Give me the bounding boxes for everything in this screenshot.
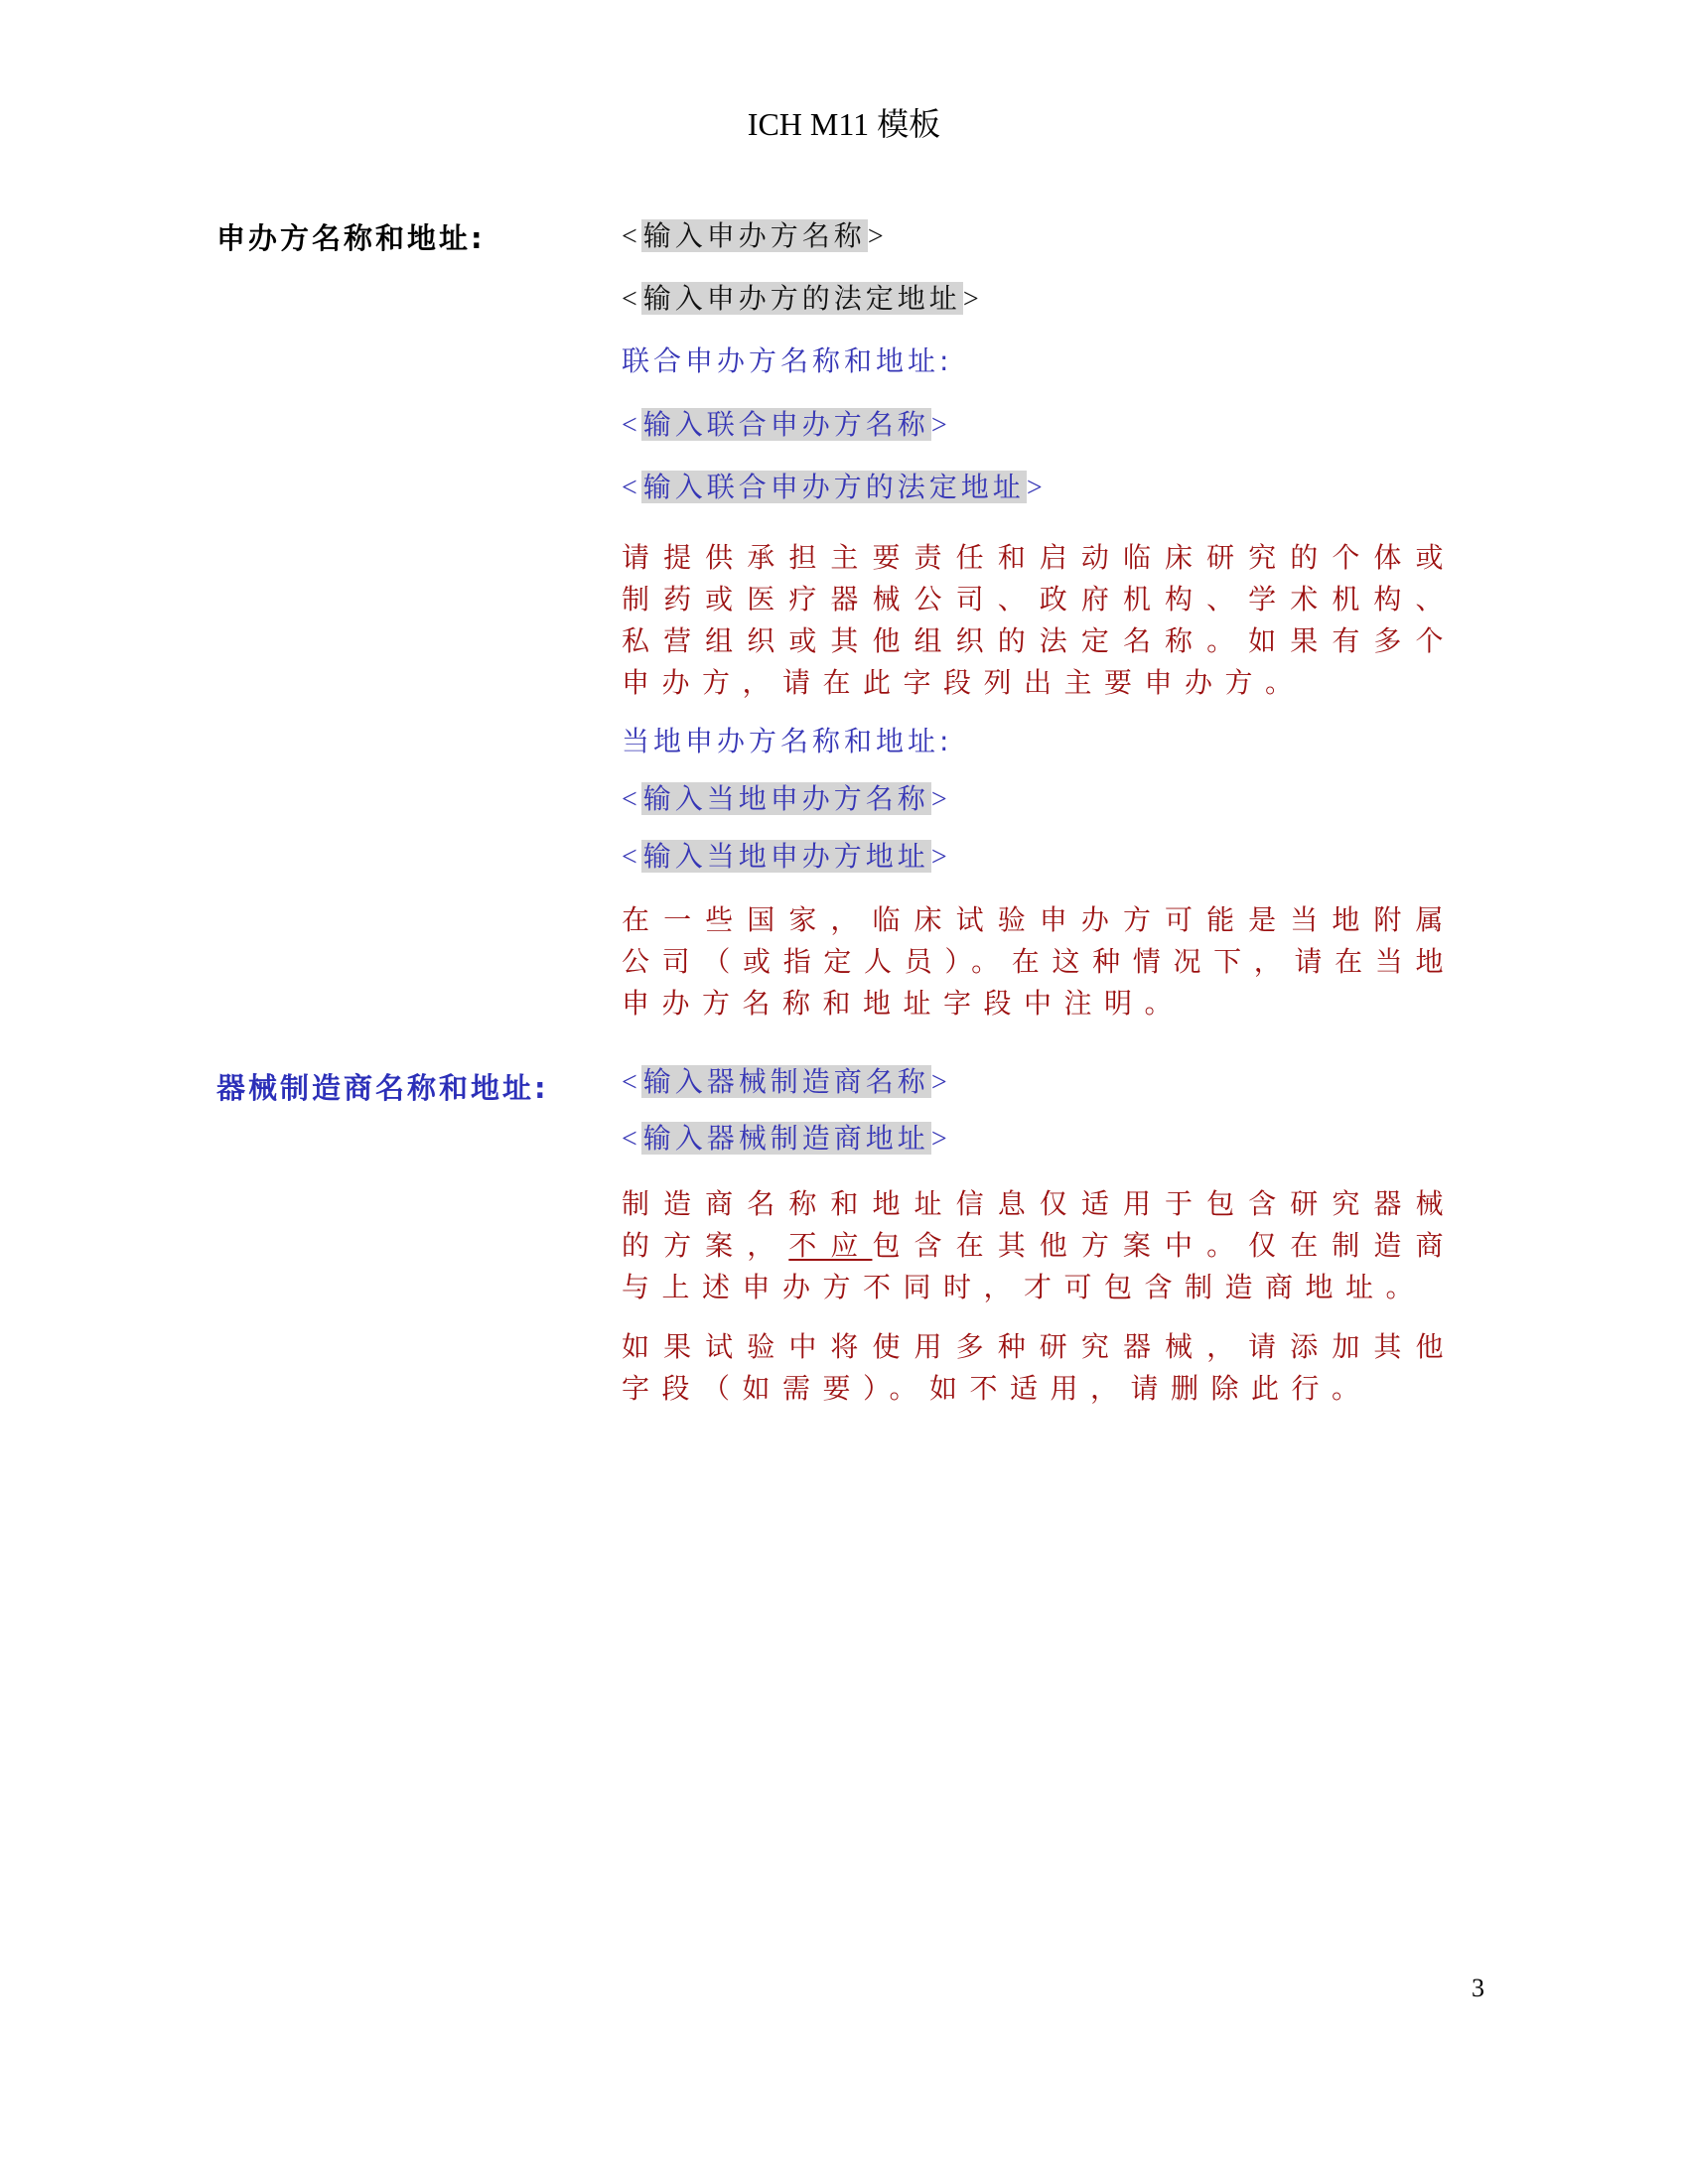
open-bracket: <	[622, 473, 641, 503]
open-bracket: <	[622, 842, 641, 873]
co-sponsor-address-field[interactable]: <输入联合申办方的法定地址>	[622, 465, 1047, 510]
open-bracket: <	[622, 1067, 641, 1098]
local-sponsor-label: 当地申办方名称和地址:	[622, 719, 952, 764]
close-bracket: >	[931, 784, 951, 815]
sponsor-address-placeholder[interactable]: 输入申办方的法定地址	[641, 282, 963, 315]
open-bracket: <	[622, 284, 641, 315]
co-sponsor-address-placeholder[interactable]: 输入联合申办方的法定地址	[641, 471, 1027, 503]
sponsor-name-placeholder[interactable]: 输入申办方名称	[641, 219, 868, 252]
close-bracket: >	[931, 1124, 951, 1155]
local-sponsor-name-field[interactable]: <输入当地申办方名称>	[622, 776, 951, 822]
local-sponsor-address-field[interactable]: <输入当地申办方地址>	[622, 834, 951, 880]
page-number: 3	[1472, 1974, 1484, 2003]
local-sponsor-address-placeholder[interactable]: 输入当地申办方地址	[641, 840, 931, 873]
close-bracket: >	[931, 410, 951, 441]
local-sponsor-name-placeholder[interactable]: 输入当地申办方名称	[641, 782, 931, 815]
manufacturer-address-field[interactable]: <输入器械制造商地址>	[622, 1116, 951, 1161]
sponsor-instruction: 请提供承担主要责任和启动临床研究的个体或制药或医疗器械公司、政府机构、学术机构、…	[622, 537, 1456, 704]
local-sponsor-instruction: 在一些国家，临床试验申办方可能是当地附属公司（或指定人员）。在这种情况下，请在当…	[622, 899, 1456, 1024]
close-bracket: >	[931, 842, 951, 873]
close-bracket: >	[931, 1067, 951, 1098]
manufacturer-instruction: 制造商名称和地址信息仅适用于包含研究器械的方案，不应包含在其他方案中。仅在制造商…	[622, 1183, 1456, 1308]
open-bracket: <	[622, 221, 641, 252]
close-bracket: >	[963, 284, 983, 315]
open-bracket: <	[622, 410, 641, 441]
manufacturer-name-field[interactable]: <输入器械制造商名称>	[622, 1059, 951, 1105]
manufacturer-instruction-emphasis: 不应	[788, 1229, 872, 1262]
co-sponsor-name-field[interactable]: <输入联合申办方名称>	[622, 402, 951, 448]
sponsor-address-field[interactable]: <输入申办方的法定地址>	[622, 276, 983, 322]
open-bracket: <	[622, 784, 641, 815]
multiple-devices-instruction: 如果试验中将使用多种研究器械，请添加其他字段（如需要）。如不适用，请删除此行。	[622, 1326, 1456, 1410]
co-sponsor-name-placeholder[interactable]: 输入联合申办方名称	[641, 408, 931, 441]
close-bracket: >	[868, 221, 888, 252]
close-bracket: >	[1027, 473, 1047, 503]
co-sponsor-label: 联合申办方名称和地址:	[622, 339, 952, 384]
manufacturer-label: 器械制造商名称和地址:	[216, 1066, 549, 1107]
manufacturer-address-placeholder[interactable]: 输入器械制造商地址	[641, 1122, 931, 1155]
manufacturer-name-placeholder[interactable]: 输入器械制造商名称	[641, 1065, 931, 1098]
page-header-title: ICH M11 模板	[0, 99, 1688, 145]
sponsor-name-field[interactable]: <输入申办方名称>	[622, 213, 888, 259]
open-bracket: <	[622, 1124, 641, 1155]
sponsor-label: 申办方名称和地址:	[216, 216, 486, 257]
